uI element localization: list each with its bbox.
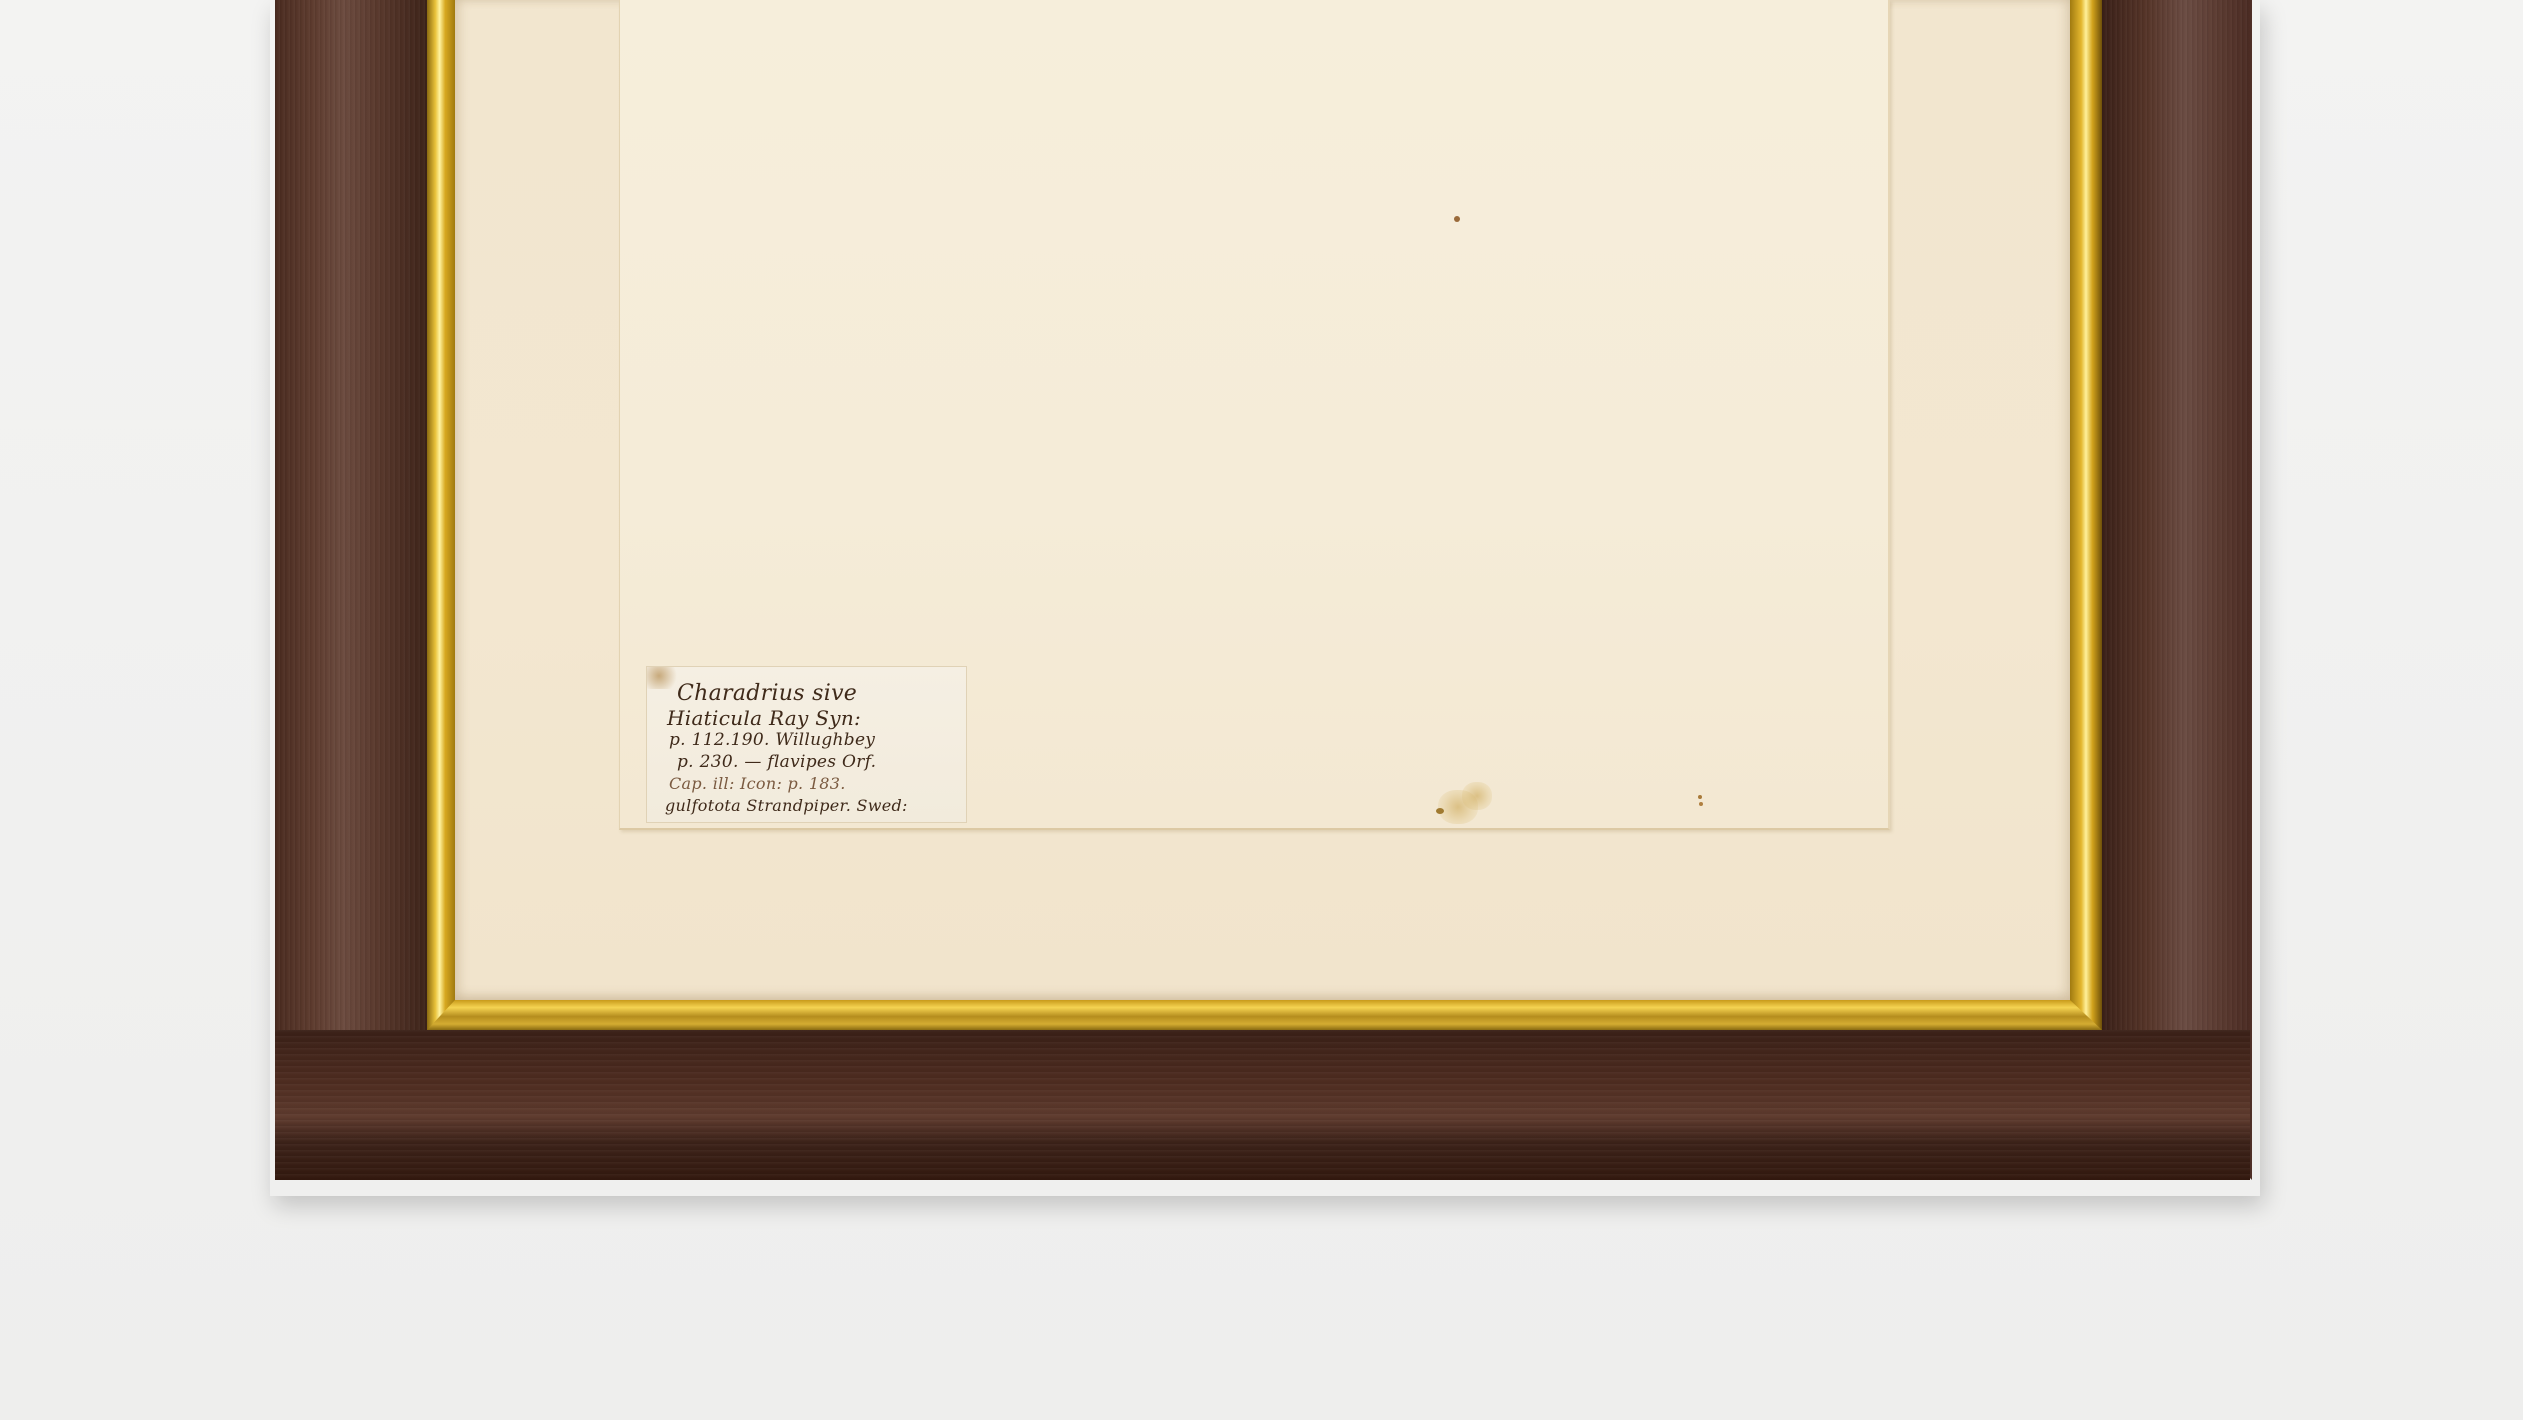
label-line-6: gulfotota Strandpiper. Swed: [665, 795, 956, 817]
frame-right-rail [2102, 0, 2252, 1180]
label-line-2: Hiaticula Ray Syn: [665, 707, 956, 729]
gilt-slip-left [427, 0, 455, 1030]
label-line-1: Charadrius sive [665, 681, 956, 707]
foxing-stain [1462, 782, 1492, 810]
frame-bottom-rail [275, 1030, 2250, 1180]
frame-left-rail [275, 0, 427, 1180]
label-stain [647, 667, 677, 689]
paper-speck [1436, 808, 1444, 814]
paper-speck [1699, 802, 1703, 806]
gilt-slip-right [2070, 0, 2102, 1030]
label-line-5: Cap. ill: Icon: p. 183. [665, 773, 956, 795]
specimen-label: Charadrius sive Hiaticula Ray Syn: p. 11… [646, 666, 967, 823]
gilt-slip-bottom [427, 1000, 2102, 1030]
label-line-3: p. 112.190. Willughbey [665, 729, 956, 751]
paper-speck [1698, 795, 1702, 799]
paper-speck [1454, 216, 1460, 222]
label-line-4: p. 230. — flavipes Orf. [665, 751, 956, 773]
